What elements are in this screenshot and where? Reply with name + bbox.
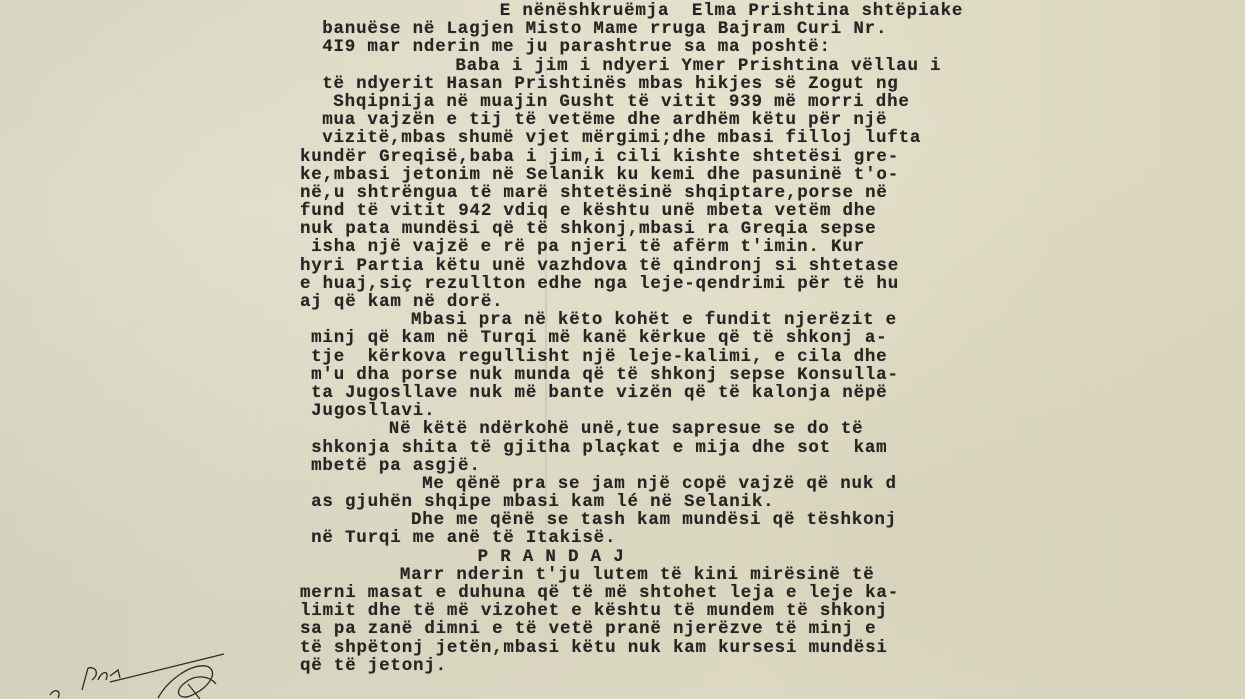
typed-line: aj që kam në dorë. xyxy=(300,293,1245,311)
typed-line: Mbasi pra në këto kohët e fundit njerëzi… xyxy=(300,311,1245,329)
typed-line: merni masat e duhuna që të më shtohet le… xyxy=(300,584,1245,602)
typed-line: nuk pata mundësi që të shkonj,mbasi ra G… xyxy=(300,220,1245,238)
typed-line: të shpëtonj jetën,mbasi këtu nuk kam kur… xyxy=(300,639,1245,657)
typed-line: as gjuhën shqipe mbasi kam lé në Selanik… xyxy=(300,493,1245,511)
typed-line: tje kërkova regullisht një leje-kalimi, … xyxy=(300,348,1245,366)
handwritten-signature xyxy=(40,640,240,699)
typed-line: Marr nderin t'ju lutem të kini mirësinë … xyxy=(300,566,1245,584)
typed-line: fund të vitit 942 vdiq e kështu unë mbet… xyxy=(300,202,1245,220)
typewritten-letter-body: E nënëshkruëmja Elma Prishtina shtëpiake… xyxy=(300,2,1245,675)
typed-line: banuëse në Lagjen Misto Mame rruga Bajra… xyxy=(300,20,1245,38)
typed-line: në,u shtrëngua të marë shtetësinë shqipt… xyxy=(300,184,1245,202)
typed-line: vizitë,mbas shumë vjet mërgimi;dhe mbasi… xyxy=(300,129,1245,147)
typed-line: në Turqi me anë të Itakisë. xyxy=(300,529,1245,547)
typed-line: Me qënë pra se jam një copë vajzë që nuk… xyxy=(300,475,1245,493)
typed-line: P R A N D A J xyxy=(300,548,1245,566)
typed-line: minj që kam në Turqi më kanë kërkue që t… xyxy=(300,329,1245,347)
typed-line: Shqipnija në muajin Gusht të vitit 939 m… xyxy=(300,93,1245,111)
typed-line: të ndyerit Hasan Prishtinës mbas hikjes … xyxy=(300,75,1245,93)
typed-line: mua vajzën e tij të vetëme dhe ardhëm kë… xyxy=(300,111,1245,129)
typed-line: Në këtë ndërkohë unë,tue sapresue se do … xyxy=(300,420,1245,438)
typed-line: sa pa zanë dimni e të vetë pranë njerëzv… xyxy=(300,620,1245,638)
typed-line: Baba i jim i ndyeri Ymer Prishtina vëlla… xyxy=(300,57,1245,75)
typed-line: kundër Greqisë,baba i jim,i cili kishte … xyxy=(300,148,1245,166)
typed-line: 4I9 mar nderin me ju parashtrue sa ma po… xyxy=(300,38,1245,56)
typed-line: që të jetonj. xyxy=(300,657,1245,675)
typed-line: shkonja shita të gjitha plaçkat e mija d… xyxy=(300,439,1245,457)
typed-line: Jugosllavi. xyxy=(300,402,1245,420)
typed-line: hyri Partia këtu unë vazhdova të qindron… xyxy=(300,257,1245,275)
typed-line: limit dhe të më vizohet e kështu të mund… xyxy=(300,602,1245,620)
typed-line: ta Jugosllave nuk më bante vizën që të k… xyxy=(300,384,1245,402)
typed-line: m'u dha porse nuk munda që të shkonj sep… xyxy=(300,366,1245,384)
typed-line: mbetë pa asgjë. xyxy=(300,457,1245,475)
typed-line: e huaj,siç rezullton edhe nga leje-qendr… xyxy=(300,275,1245,293)
typed-line: isha një vajzë e rë pa njeri të afërm t'… xyxy=(300,238,1245,256)
typed-line: ke,mbasi jetonim në Selanik ku kemi dhe … xyxy=(300,166,1245,184)
typed-line: Dhe me qënë se tash kam mundësi që tëshk… xyxy=(300,511,1245,529)
typed-line: E nënëshkruëmja Elma Prishtina shtëpiake xyxy=(300,2,1245,20)
